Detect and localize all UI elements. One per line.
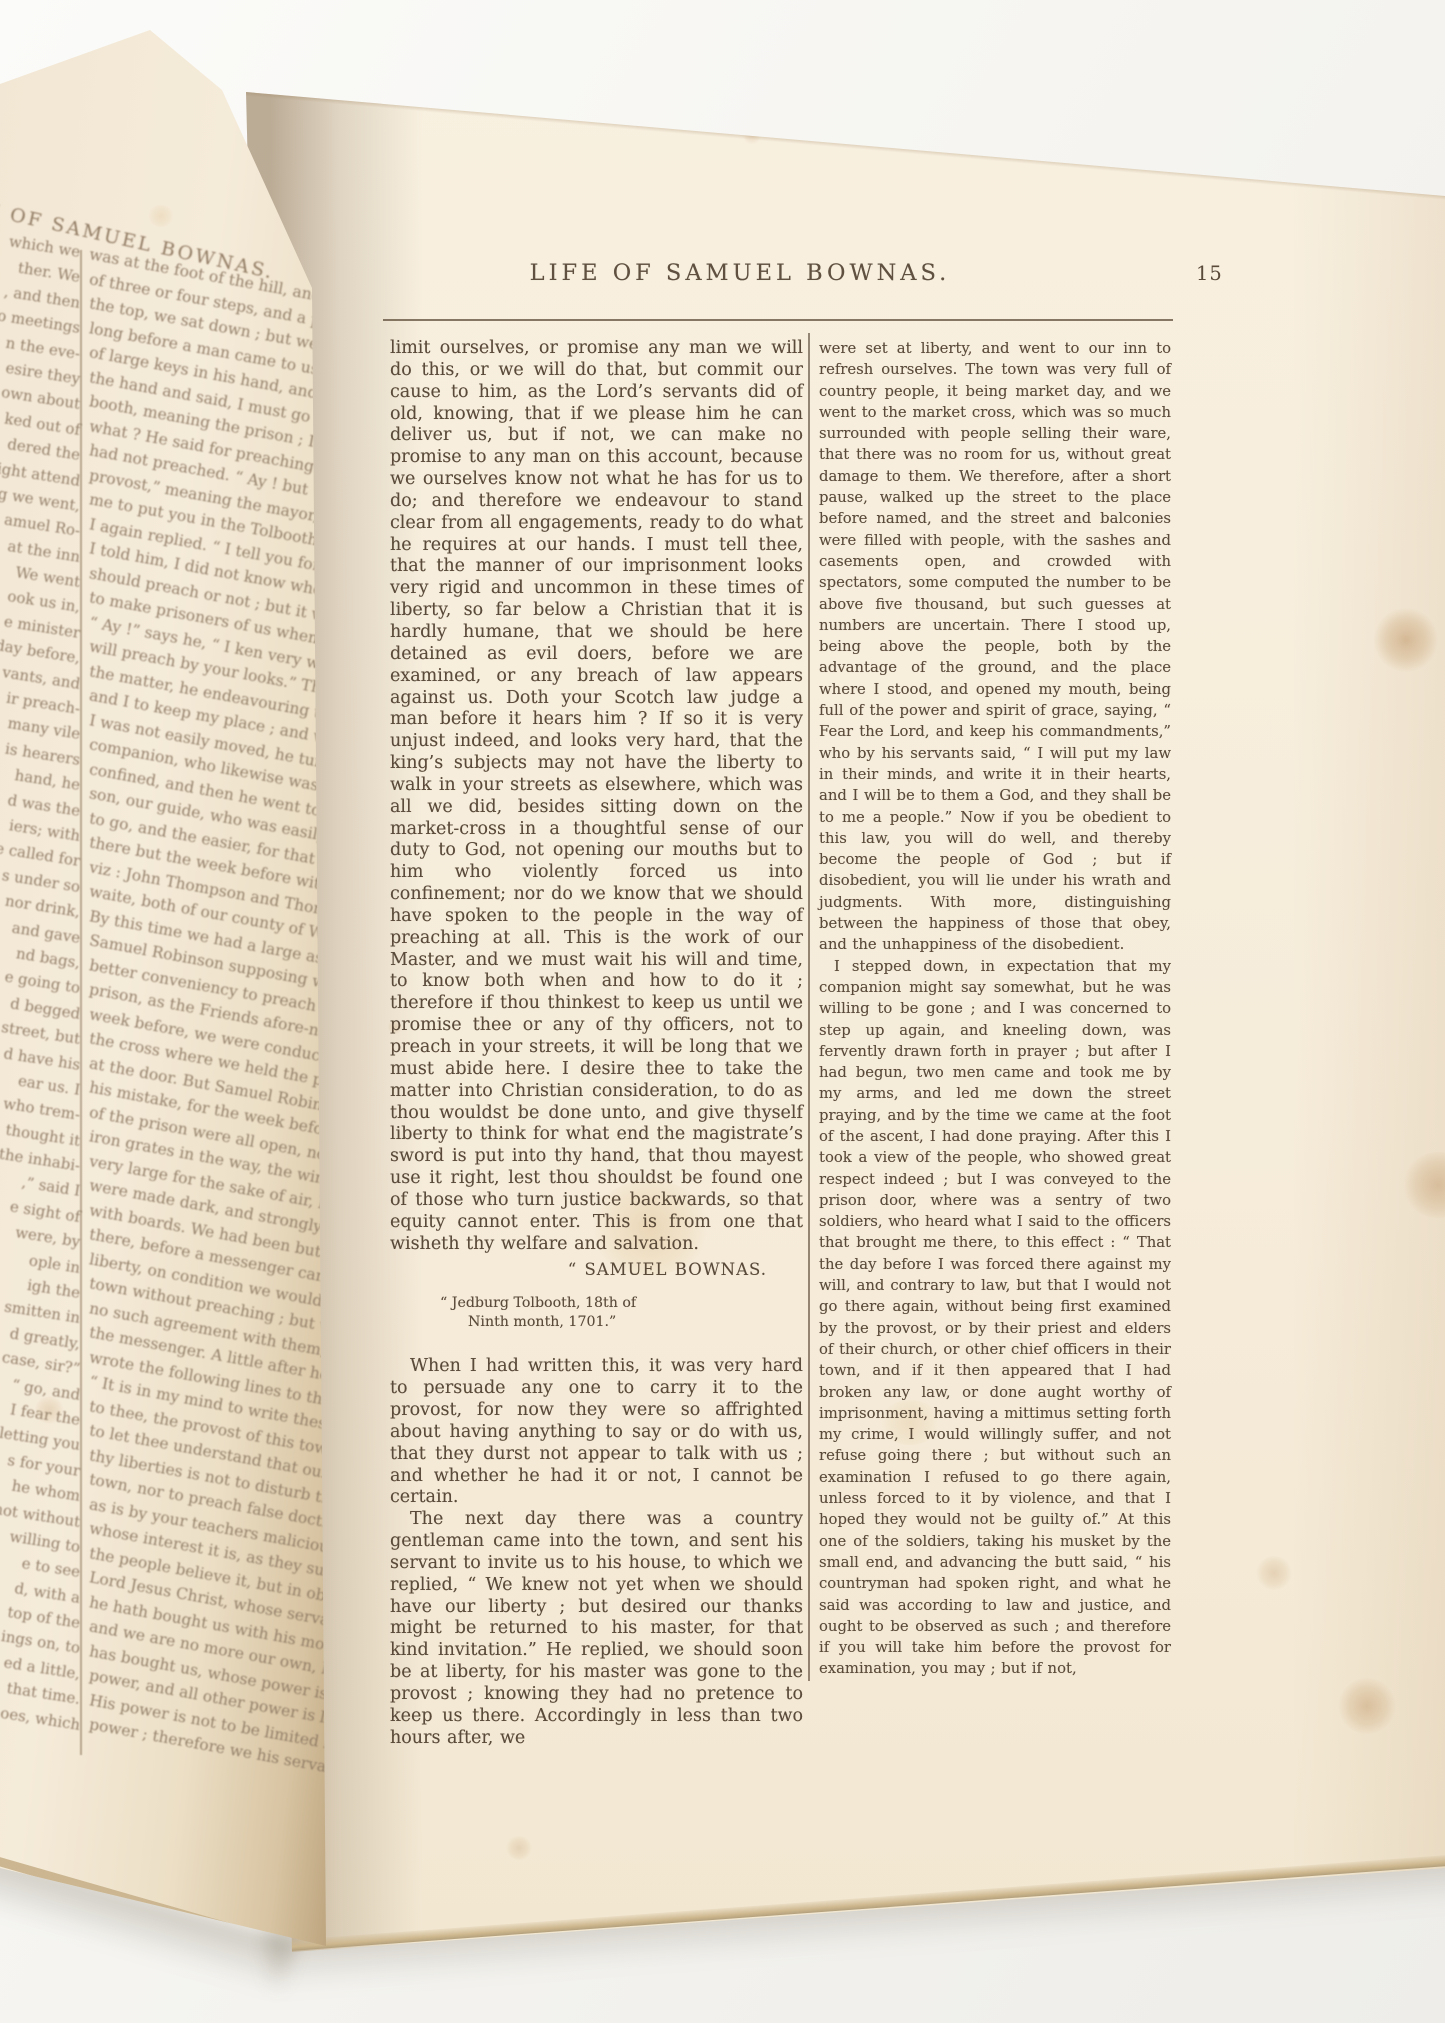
foxing-spot	[1078, 84, 1112, 114]
paragraph: When I had written this, it was very har…	[390, 1356, 803, 1509]
paragraph: The next day there was a country gentlem…	[390, 1509, 803, 1749]
letter-dateline: “ Jedburg Tolbooth, 18th of Ninth month,…	[440, 1294, 803, 1332]
foxing-spot	[1256, 1556, 1292, 1590]
page-number: 15	[1196, 262, 1223, 285]
foxing-spot	[148, 205, 174, 227]
paragraph: were set at liberty, and went to our inn…	[819, 338, 1171, 956]
book-photo: LIFE OF SAMUEL BOWNAS. 15 limit ourselve…	[0, 0, 1445, 2023]
header-rule	[383, 319, 1173, 321]
left-column: limit ourselves, or promise any man we w…	[390, 338, 803, 1749]
foxing-spot	[742, 126, 762, 144]
dateline-line-1: “ Jedburg Tolbooth, 18th of	[440, 1294, 803, 1313]
letter-body: limit ourselves, or promise any man we w…	[390, 338, 803, 1255]
page-edge-shade	[1225, 0, 1445, 2023]
dateline-line-2: Ninth month, 1701.”	[468, 1313, 803, 1332]
left-page: E OF SAMUEL BOWNAS. which wether. We, an…	[0, 0, 340, 2023]
foxing-spot	[1374, 608, 1438, 672]
right-column: were set at liberty, and went to our inn…	[819, 338, 1171, 1680]
foxing-spot	[1338, 1678, 1396, 1734]
left-page-column-1: which wether. We, and theno meetingsn th…	[0, 240, 80, 1738]
running-head: LIFE OF SAMUEL BOWNAS.	[340, 260, 1140, 286]
foxing-spot	[506, 1836, 532, 1860]
column-divider	[808, 333, 810, 1681]
paragraph: I stepped down, in expectation that my c…	[819, 956, 1171, 1680]
letter-signature: “ SAMUEL BOWNAS.	[390, 1259, 803, 1281]
